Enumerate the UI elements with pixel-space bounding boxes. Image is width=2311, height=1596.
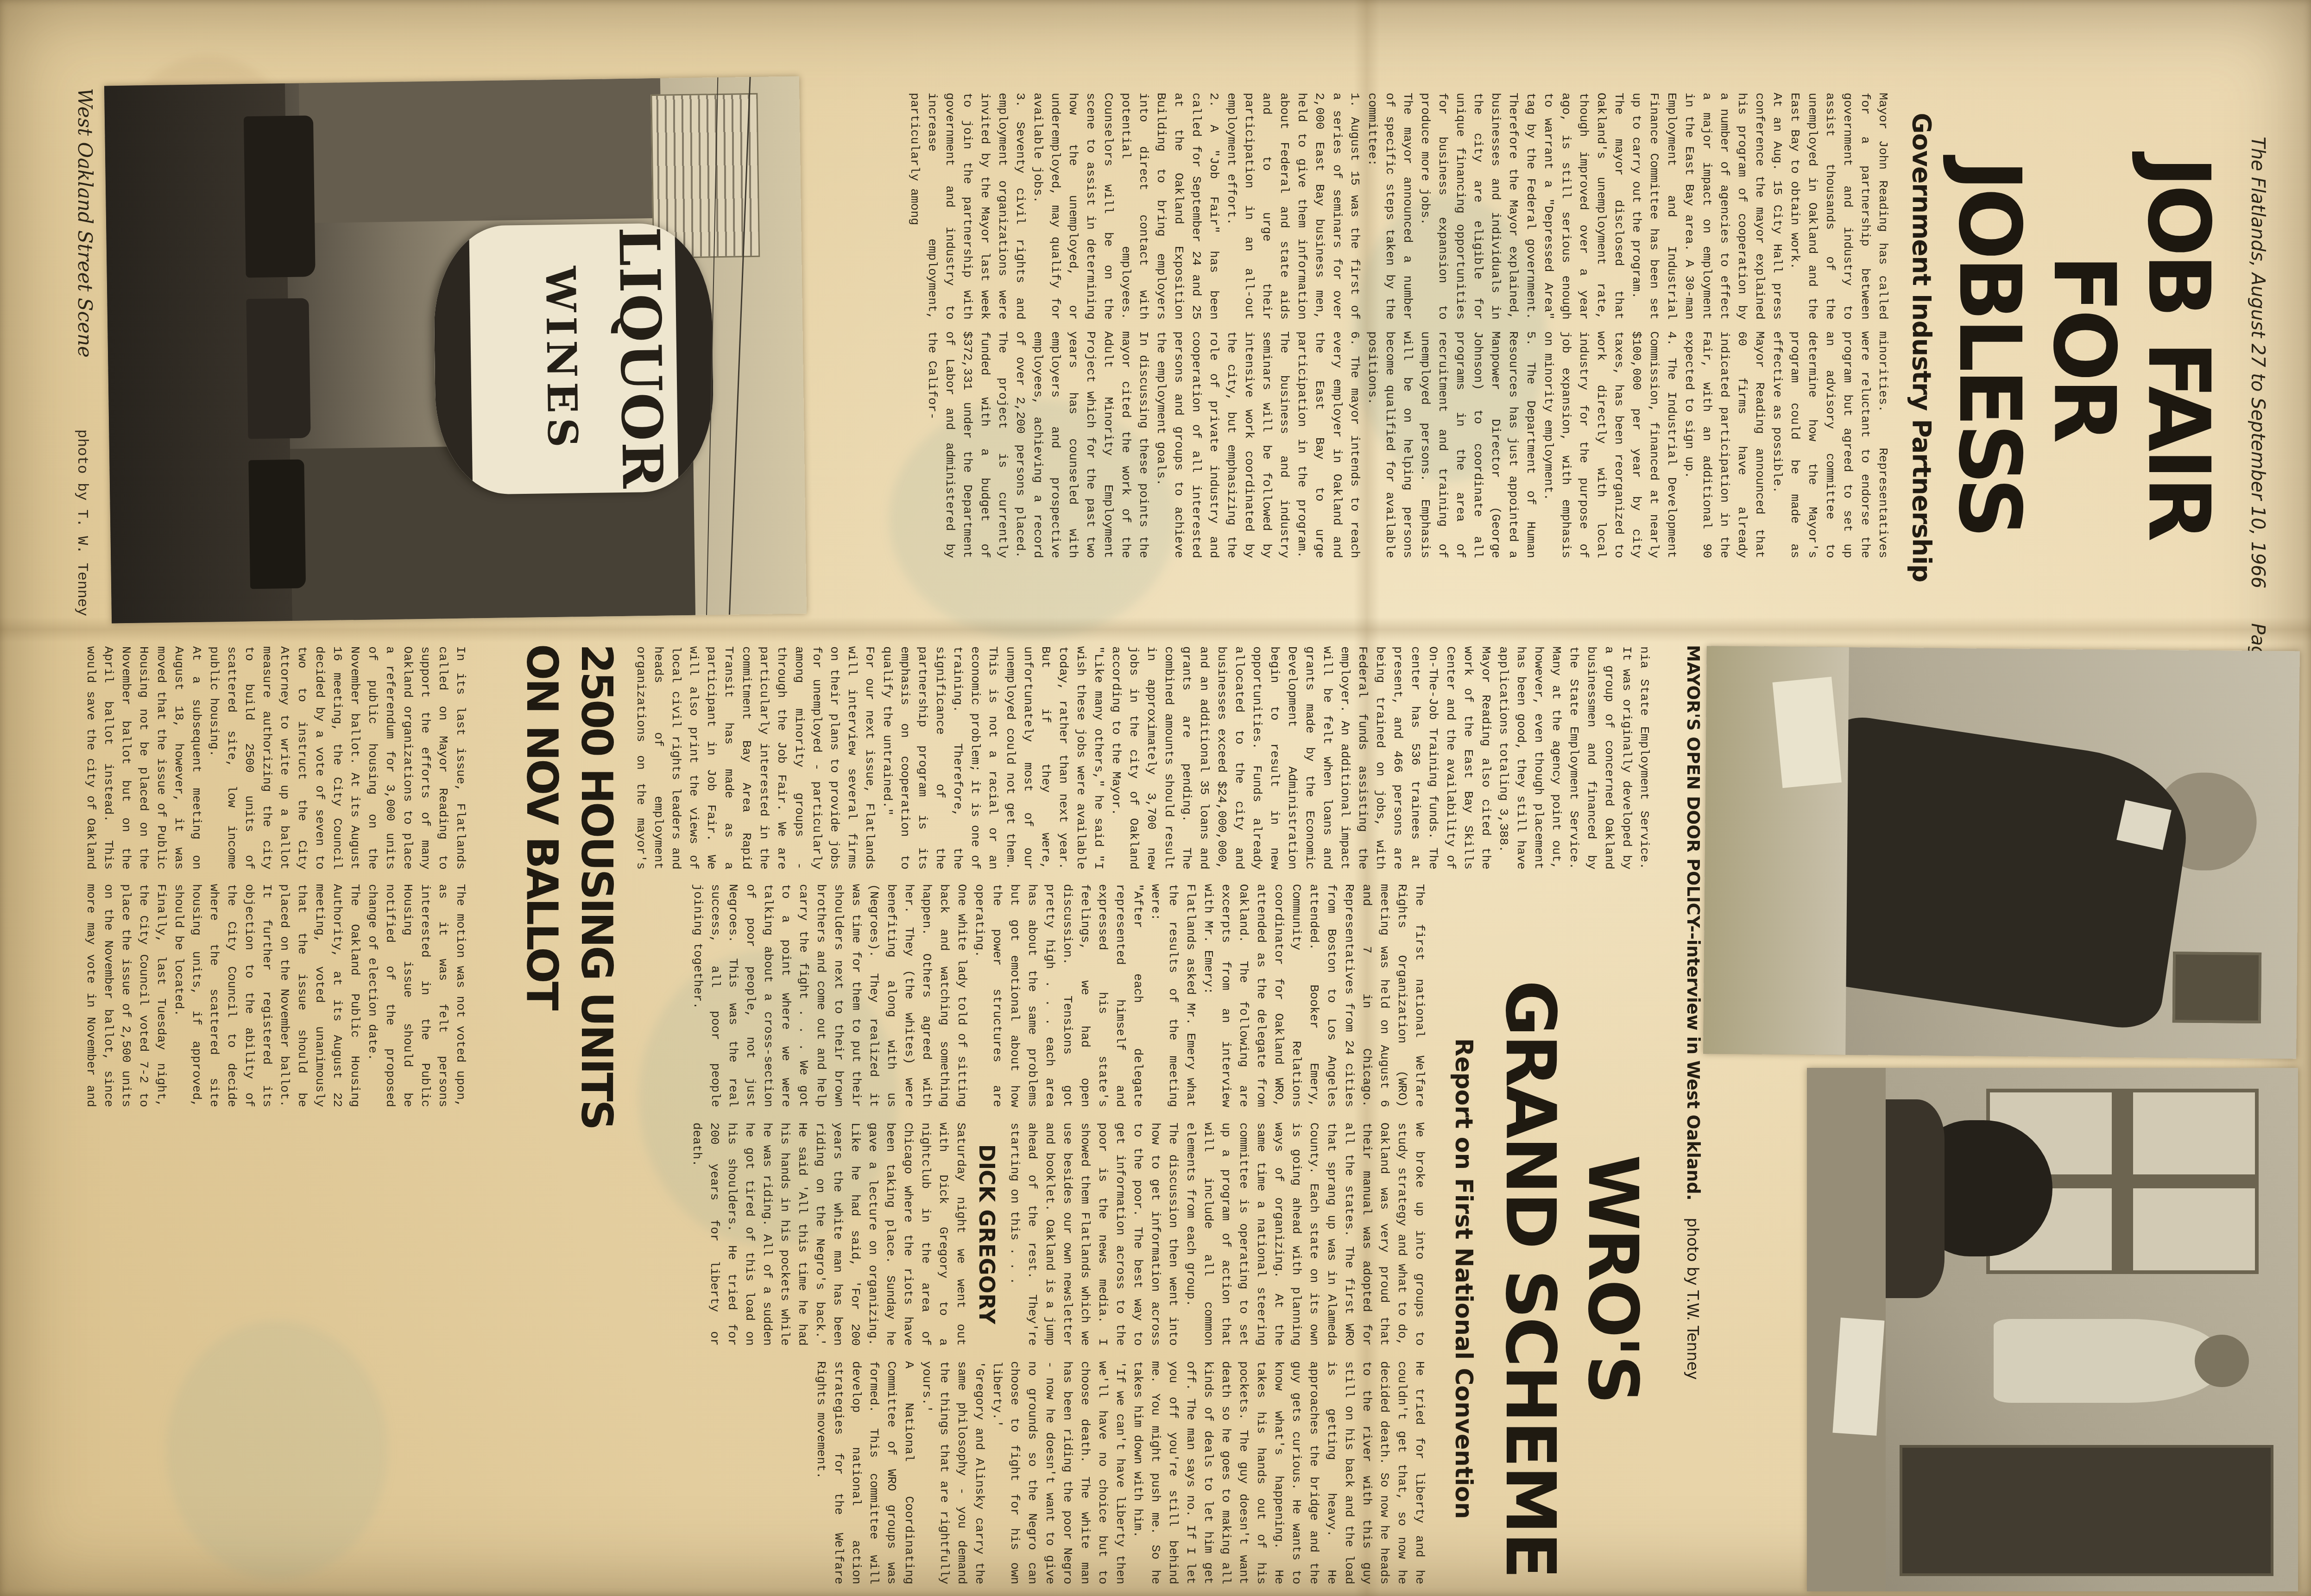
- wro-headline-line1: WRO'S: [1572, 964, 1654, 1594]
- lead-article-column-2: minorities. Representatives were relucta…: [817, 331, 1892, 558]
- lead-article-column-3: nia State Employment Service. It was ori…: [634, 646, 1653, 870]
- photo-man-suit: [1793, 713, 2197, 1033]
- photo-building-left: [299, 78, 662, 223]
- street-photo-caption-row: West Oakland Street Scene photo by T. W.…: [74, 88, 96, 616]
- mayor-photo-caption: MAYOR'S OPEN DOOR POLICY--interview in W…: [1683, 645, 1703, 1201]
- mayor-interview-photo-2: [1807, 1068, 2298, 1591]
- mayor-photo-credit: photo by T.W. Tenney: [1684, 1218, 1702, 1380]
- housing-headline-line2: ON NOV BALLOT: [514, 644, 569, 1154]
- wro-headline: WRO'S GRAND SCHEME: [1489, 964, 1654, 1594]
- newspaper-scan: The Flatlands, August 27 to September 10…: [0, 0, 2311, 1596]
- photo-doorway: [1900, 1445, 2273, 1576]
- wro-article-column-2-top: We broke up into groups to study strateg…: [1006, 1123, 1428, 1346]
- housing-article-column-2: The motion was not voted upon, as it was…: [85, 884, 469, 1107]
- photo-paper-on-desk: [1772, 677, 1841, 788]
- housing-article-column-1: In its last issue, Flatlands called on M…: [85, 646, 469, 870]
- masthead-title: The Flatlands, August 27 to September 10…: [2247, 137, 2268, 588]
- masthead: The Flatlands, August 27 to September 10…: [2247, 137, 2268, 711]
- housing-headline: 2500 HOUSING UNITS ON NOV BALLOT: [514, 644, 624, 1154]
- wines-sign-text: WINES: [537, 224, 587, 493]
- mayor-photo-caption-row: MAYOR'S OPEN DOOR POLICY--interview in W…: [1683, 645, 1703, 1593]
- dick-gregory-crosshead: DICK GREGORY: [970, 1123, 1006, 1346]
- liquor-sign-text: LIQUOR: [611, 223, 670, 493]
- street-photo-credit: photo by T. W. Tenney: [74, 429, 91, 616]
- photo-papers: [1832, 1318, 1884, 1436]
- lead-headline-line3: JOBLESS: [1942, 104, 2036, 591]
- wro-article-column-2: We broke up into groups to study strateg…: [94, 1123, 1428, 1346]
- photo-standing-man: [1994, 1319, 2220, 1403]
- street-photo-caption: West Oakland Street Scene: [74, 88, 96, 358]
- section-crease: [0, 617, 2311, 642]
- wro-subhead: Report on First National Convention: [1450, 964, 1477, 1594]
- photo-parked-car: [244, 115, 316, 278]
- wro-article-column-1: The first national Welfare Rights Organi…: [636, 884, 1428, 1107]
- photo-standing-man-head: [2195, 1335, 2249, 1387]
- street-scene-photo: LIQUOR WINES: [104, 76, 807, 624]
- mayor-interview-photo-1: [1703, 646, 2300, 1059]
- lead-article-column-1: Mayor John Reading has called for a part…: [817, 93, 1892, 320]
- lead-headline: JOB FAIR FOR JOBLESS: [1942, 104, 2225, 591]
- housing-headline-line1: 2500 HOUSING UNITS: [569, 644, 624, 1154]
- photo-parked-car: [246, 298, 310, 438]
- lead-headline-line1: JOB FAIR: [2131, 104, 2225, 591]
- photo-parked-car: [248, 460, 306, 589]
- photo-barrel-sign: LIQUOR WINES: [433, 222, 714, 495]
- wro-article-column-2-bottom: Saturday night we went out with Dick Gre…: [688, 1123, 970, 1346]
- lead-headline-line2: FOR: [2036, 104, 2131, 591]
- newspaper-page: The Flatlands, August 27 to September 10…: [0, 0, 2311, 1596]
- wro-headline-line2: GRAND SCHEME: [1489, 964, 1572, 1594]
- photo-frame-on-wall: [2172, 952, 2262, 1023]
- lead-subhead: Government Industry Partnership: [1907, 104, 1937, 591]
- wro-article-column-3: He tried for liberty and he couldn't get…: [94, 1361, 1428, 1584]
